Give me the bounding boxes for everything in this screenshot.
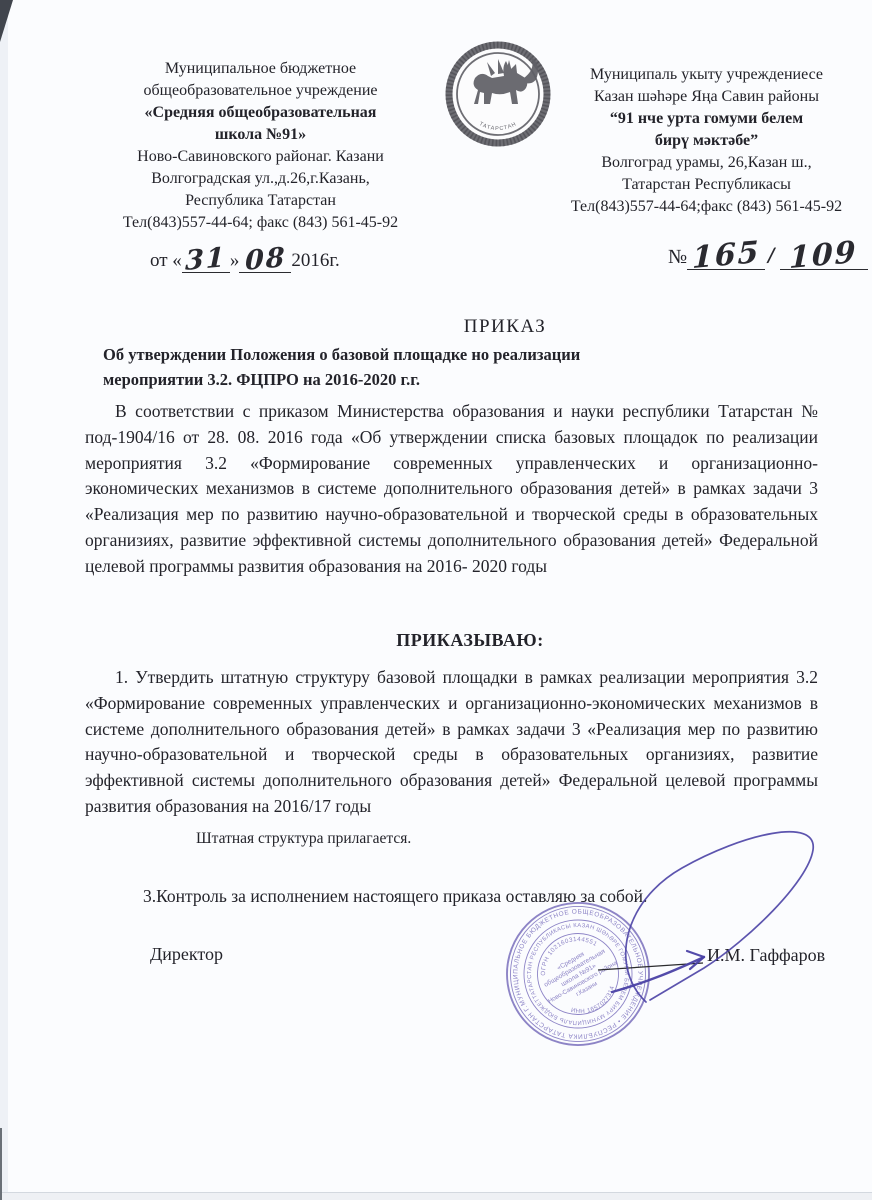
subject-line: Об утверждении Положения о базовой площа…	[103, 342, 723, 367]
handwritten-signature	[612, 832, 813, 1002]
scan-bottom-edge	[0, 1192, 872, 1200]
address-line: Волгоградская ул.,д.26,г.Казань,	[88, 168, 433, 190]
number-second-blank: 109	[780, 244, 868, 270]
date-year: 2016г.	[291, 250, 339, 271]
date-month-blank: 08	[239, 248, 291, 273]
district-line: Казан шәһәре Яңа Савин районы	[543, 86, 870, 108]
order-item-1: 1. Утвердить штатную структуру базовой п…	[85, 665, 818, 820]
school-name-line: бирү мәктәбе”	[543, 130, 870, 152]
letterhead-russian-block: Муниципальное бюджетное общеобразователь…	[88, 58, 433, 234]
stamp-center-line: школа №91»	[560, 962, 598, 988]
stamp-center-line: «Средняя	[556, 951, 586, 972]
order-subject: Об утверждении Положения о базовой площа…	[103, 342, 723, 392]
subject-line: мероприятии 3.2. ФЦПРО на 2016-2020 г.г.	[103, 367, 723, 392]
org-type-line: общеобразовательное учреждение	[88, 80, 433, 102]
handwritten-number-first: 165	[692, 243, 761, 269]
date-prefix: от «	[150, 250, 182, 271]
tatarstan-emblem-icon: ТАТАРСТАН	[444, 40, 552, 148]
stamp-inn-text: ИНН 1657027314	[568, 983, 623, 1024]
date-quote-close: »	[230, 250, 240, 271]
phone-fax-line: Тел(843)557-44-64;факс (843) 561-45-92	[543, 196, 870, 218]
region-line: Татарстан Республикасы	[543, 174, 870, 196]
svg-text:МУНИЦИПАЛЬНОЕ БЮДЖЕТНОЕ ОБЩЕОБ: МУНИЦИПАЛЬНОЕ БЮДЖЕТНОЕ ОБЩЕОБРАЗОВАТЕЛЬ…	[488, 884, 667, 1063]
stamp-outer-ring-text: МУНИЦИПАЛЬНОЕ БЮДЖЕТНОЕ ОБЩЕОБРАЗОВАТЕЛЬ…	[488, 884, 667, 1063]
signer-position-label: Директор	[150, 944, 223, 965]
number-first-blank: 165	[687, 244, 765, 270]
letterhead-tatar-block: Муниципаль укыту учреждениесе Казан шәһә…	[543, 64, 870, 218]
order-item-3: 3.Контроль за исполнением настоящего при…	[143, 886, 647, 907]
svg-text:ИНН 1657027314: ИНН 1657027314	[568, 983, 623, 1024]
org-type-line: Муниципаль укыту учреждениесе	[543, 64, 870, 86]
school-name-line: «Средняя общеобразовательная	[88, 102, 433, 124]
order-number-line: №165/109	[668, 244, 868, 270]
handwritten-day: 31	[185, 248, 227, 272]
attachment-note: Штатная структура прилагается.	[196, 830, 411, 848]
school-name-line: школа №91»	[88, 124, 433, 146]
region-line: Республика Татарстан	[88, 190, 433, 212]
handwritten-number-separator: /	[768, 245, 777, 267]
scan-edge-shadow	[0, 1128, 2, 1200]
svg-text:ТАТАРСТАН РЕСПУБЛИКАСЫ КАЗАН Ш: ТАТАРСТАН РЕСПУБЛИКАСЫ КАЗАН ШӘҺӘРЕ ГОМУ…	[508, 904, 647, 1043]
signature-rule-line	[598, 963, 703, 970]
scanned-order-document: Муниципальное бюджетное общеобразователь…	[0, 0, 872, 1200]
stamp-ogrn-text: ОГРН 1021603144551	[530, 924, 601, 979]
signer-name: И.М. Гаффаров	[707, 945, 825, 966]
district-line: Ново-Савиновского районаг. Казани	[88, 146, 433, 168]
stamp-middle-ring-text: ТАТАРСТАН РЕСПУБЛИКАСЫ КАЗАН ШӘҺӘРЕ ГОМУ…	[508, 904, 647, 1043]
phone-fax-line: Тел(843)557-44-64; факс (843) 561-45-92	[88, 212, 433, 234]
resolution-word: ПРИКАЗЫВАЮ:	[140, 630, 800, 651]
order-date-line: от «31»082016г.	[150, 248, 340, 273]
address-line: Волгоград урамы, 26,Казан ш.,	[543, 152, 870, 174]
preamble-paragraph: В соответствии с приказом Министерства о…	[85, 399, 818, 580]
stamp-center-line: общеобразовательная	[542, 947, 606, 989]
org-type-line: Муниципальное бюджетное	[88, 58, 433, 80]
stamp-center-line: Ново-Савиновского района	[547, 959, 619, 1005]
number-sign: №	[668, 246, 687, 268]
document-title: ПРИКАЗ	[140, 316, 870, 338]
date-day-blank: 31	[182, 248, 230, 273]
handwritten-month: 08	[244, 248, 286, 272]
stamp-center-line: г.Казани	[575, 980, 599, 998]
scan-left-edge	[0, 0, 8, 1200]
svg-text:ОГРН 1021603144551: ОГРН 1021603144551	[530, 924, 601, 979]
handwritten-number-second: 109	[789, 243, 858, 269]
school-name-line: “91 нче урта гомуми белем	[543, 108, 870, 130]
